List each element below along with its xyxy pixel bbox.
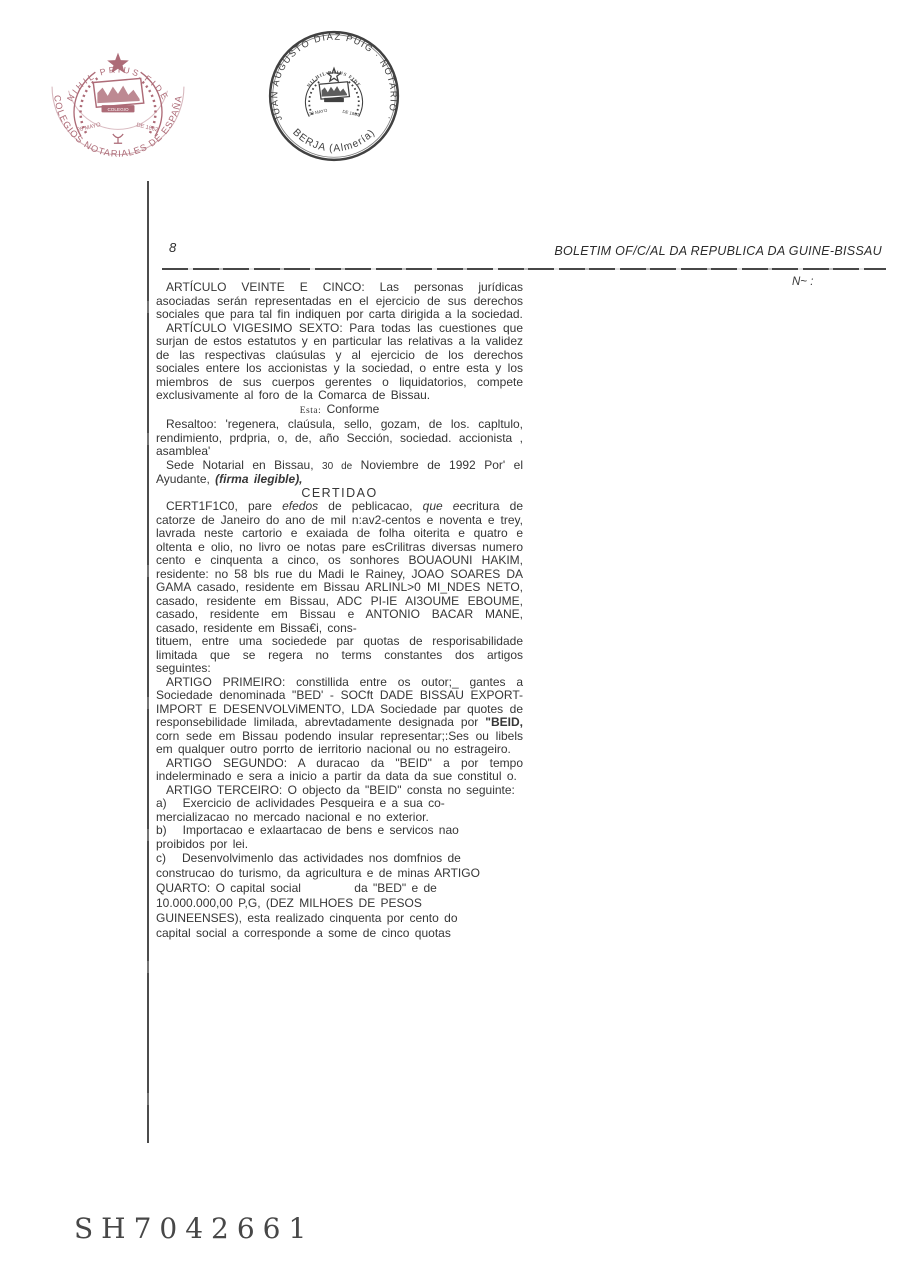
stamp-left-date-left: 28 MAYO [76, 122, 101, 134]
paragraph-articulo-26: ARTÍCULO VIGESIMO SEXTO: Para todas las … [156, 322, 523, 403]
svg-text:JUAN AUGUSTO DIAZ PUIG · NOTAR: JUAN AUGUSTO DIAZ PUIG · NOTARIO · [269, 32, 399, 123]
conforme-text: Conforme [321, 402, 379, 416]
notarial-stamp-colegios: NIHIL PRIUS FIDE COLEGIO 28 MAYO DE 1862… [50, 28, 186, 170]
stamp-left-emblem-caption: COLEGIO [107, 107, 128, 112]
signature-note: (firma ilegible), [215, 472, 302, 486]
conforme-line: Esta: Conforme [156, 403, 523, 419]
serial-number: SH7042661 [74, 1212, 314, 1245]
text-column: ARTÍCULO VEINTE E CINCO: Las personas ju… [156, 281, 523, 940]
stamp-right-ring-text: JUAN AUGUSTO DIAZ PUIG · NOTARIO · [269, 32, 399, 123]
paragraph-artigo-terceiro: ARTIGO TERCEIRO: O objecto da "BEID" con… [156, 784, 523, 798]
paragraph-artigo-segundo: ARTIGO SEGUNDO: A duracao da "BEID" a po… [156, 757, 523, 784]
cert-s3: critura de catorze de Janeiro do ano de … [156, 499, 523, 635]
sede-pre: Sede Notarial en Bissau, [166, 458, 322, 472]
item-b: b) Importacao e exlaartacao de bens e se… [156, 824, 523, 851]
stamp-left-date-right: DE 1862 [136, 122, 159, 133]
paragraph-articulo-25: ARTÍCULO VEINTE E CINCO: Las personas ju… [156, 281, 523, 322]
conforme-label: Esta: [300, 406, 322, 416]
issue-number: N~ : [792, 276, 813, 288]
item-a: a) Exercicio de aclividades Pesqueira e … [156, 797, 523, 824]
paragraph-artigo-primeiro: ARTIGO PRIMEIRO: constillida entre os ou… [156, 676, 523, 757]
book-emblem-icon: COLEGIO [93, 78, 143, 112]
header-divider [162, 268, 886, 270]
book-emblem-icon [319, 82, 349, 102]
stamp-right-date-left: 28 MAYO [309, 108, 329, 117]
diaz-puig-stamp-graphic: JUAN AUGUSTO DIAZ PUIG · NOTARIO · · BER… [266, 24, 402, 170]
header-title: BOLETIM OF/C/AL DA REPUBLICA DA GUINE-BI… [420, 244, 882, 258]
paragraph-sede-notarial: Sede Notarial en Bissau, 30 de Noviembre… [156, 459, 523, 487]
sede-date-small: 30 de [322, 461, 352, 472]
paragraph-resaltoo: Resaltoo: 'regenera, claúsula, sello, go… [156, 418, 523, 459]
paragraph-certifico: CERT1F1C0, pare efedos de peblicacao, qu… [156, 500, 523, 635]
paragraph-tituem: tituem, entre uma sociedede par quotas d… [156, 635, 523, 676]
scanned-page: NIHIL PRIUS FIDE COLEGIO 28 MAYO DE 1862… [0, 0, 905, 1280]
artigo1-bold: "BEID, [485, 715, 523, 729]
cert-italic-1: efedos [282, 499, 318, 513]
left-margin-rule [147, 181, 149, 1143]
artigo1-s2: corn sede em Bissau podendo insular repr… [156, 729, 523, 757]
goblet-icon [113, 134, 123, 143]
colegios-stamp-graphic: NIHIL PRIUS FIDE COLEGIO 28 MAYO DE 1862… [50, 28, 186, 170]
cert-italic-2: que ee [423, 499, 467, 513]
certidao-heading: CERTIDAO [156, 487, 523, 501]
page-number: 8 [169, 240, 176, 255]
artigo1-s1: ARTIGO PRIMEIRO: constillida entre os ou… [156, 675, 523, 730]
item-c: c) Desenvolvimenlo das actividades nos d… [156, 851, 523, 940]
cert-s1: CERT1F1C0, pare [166, 499, 282, 513]
notarial-stamp-diaz-puig: JUAN AUGUSTO DIAZ PUIG · NOTARIO · · BER… [266, 24, 402, 170]
cert-s2: de peblicacao, [318, 499, 423, 513]
